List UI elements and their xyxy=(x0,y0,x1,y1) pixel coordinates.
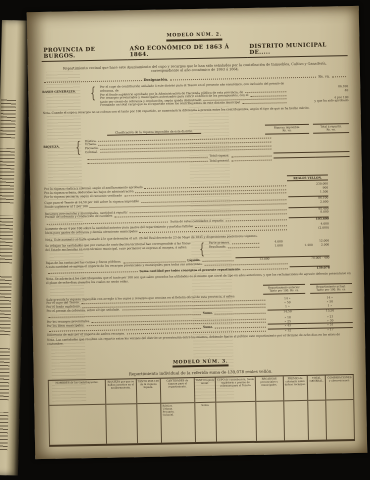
table-cell xyxy=(49,405,106,445)
comparacion-col2: Repartimiento actual. Tanto por 100. Rs.… xyxy=(310,283,352,293)
riqueza-item: Colonial. xyxy=(85,150,98,154)
clasificacion-title: Clasificación de la riqueza imponible de… xyxy=(107,129,201,136)
bajas-paragraph: Se rebajan las cantidades que por cuotas… xyxy=(45,242,195,260)
table-header: RIQUEZA por que se hallan inscritos en e… xyxy=(106,379,136,405)
cmp-suma1-b: 15,50 xyxy=(307,308,352,313)
table-cell xyxy=(217,402,257,442)
adjacent-page-edge xyxy=(0,20,29,476)
col-unit: Rs. vn. xyxy=(314,128,348,132)
table-cell xyxy=(137,403,161,442)
cmp-suma1-a: 14,50 xyxy=(268,309,308,314)
table-header: TANTO líquido anual. xyxy=(195,377,216,402)
importe-label: Por la riqueza pecuaria, según el recuen… xyxy=(44,194,122,199)
table-cell: Rústica. Urbana. Pecuaria. Colonial. xyxy=(161,403,194,443)
rule-right xyxy=(332,76,346,77)
bajas-pair-b: 2.000 xyxy=(313,243,330,247)
importe-value: 8.000 xyxy=(289,211,329,215)
opening-brace: { xyxy=(75,140,81,166)
liquido-right-a: 78.000 xyxy=(311,256,321,260)
rule-mid xyxy=(170,77,316,81)
bajas-mini-value: 1.000 xyxy=(261,244,283,248)
table-cell xyxy=(327,400,354,440)
adjacent-page-text xyxy=(0,148,15,203)
gasto-label: Ídem para gastos de cobranza y demás ate… xyxy=(45,230,138,235)
top-header-row: PROVINCIA DE BURGOS. AÑO ECONÓMICO DE 18… xyxy=(41,42,347,62)
suma-total-label: Suma cantidad por todos conceptos el pre… xyxy=(139,268,241,274)
cmp-label: Por los ídem municipales. xyxy=(47,324,85,328)
scanned-document: MODELO NÚM. 2. PROVINCIA DE BURGOS. AÑO … xyxy=(0,0,370,480)
opening-brace: { xyxy=(199,242,205,257)
riqueza-label: RIQUEZA. xyxy=(43,140,73,166)
modelo2-header: MODELO NÚM. 2. xyxy=(41,18,347,43)
importe-label: Premio de cobranza y conducción de cauda… xyxy=(45,215,113,220)
cmp-suma2-label: Suma. xyxy=(203,326,213,330)
col-sub: Tanto por 100. Rs. cs. xyxy=(264,289,304,293)
table-header: PREMIO de cobranza sobre dichos recargos… xyxy=(283,376,307,401)
liquido-value: 13.000 xyxy=(235,257,269,262)
adjacent-page-text xyxy=(0,98,16,138)
anio-economico-label: AÑO ECONÓMICO DE 1863 Á 1864. xyxy=(128,44,248,60)
designacion-label: Designación. xyxy=(144,77,169,82)
table-header: TANTO POR 100 de la riqueza líquida. xyxy=(137,378,161,403)
form-page: MODELO NÚM. 2. PROVINCIA DE BURGOS. AÑO … xyxy=(27,6,368,459)
adjacent-page-text xyxy=(0,215,13,263)
table-cell xyxy=(256,401,283,441)
col-riqueza-imponible: Riqueza imponible. Rs. vn. xyxy=(265,124,309,134)
importe-value: 2.000 xyxy=(288,200,328,204)
provincia-label: PROVINCIA DE BURGOS. xyxy=(41,46,127,62)
table-header: CUPO de contribución, fondo supletorio y… xyxy=(216,377,255,403)
table-cell: Suma. xyxy=(195,402,216,441)
tabla-suma-label: Suma. xyxy=(201,404,209,407)
adjacent-page-text xyxy=(0,275,12,335)
distrito-municipal-label: DISTRITO MUNICIPAL DE..... xyxy=(247,42,347,58)
bases-section: BASES GENERALES. { Por el cupo de contri… xyxy=(42,81,348,109)
adjacent-page-text xyxy=(0,348,10,400)
suma-repartir-value: 103.400 xyxy=(289,216,329,221)
bases-value: y que ha sido aprobado xyxy=(288,99,348,104)
liquido-right-b: 400 xyxy=(324,256,330,260)
table-cell xyxy=(106,404,136,444)
importe-value: 1.500 xyxy=(288,190,328,194)
gasto-value: (2.000) xyxy=(289,226,329,230)
comparacion-col1: Repartimiento anterior. Tanto por 100. R… xyxy=(263,284,305,294)
unit-label: Rs. vn. xyxy=(318,74,330,79)
rule-left xyxy=(44,80,142,83)
modelo3-header: MODELO NÚM. 3. xyxy=(47,345,353,370)
modelo2-title: MODELO NÚM. 2. xyxy=(167,32,222,41)
reales-vellon-header: REALES VELLON. xyxy=(287,175,328,182)
bajas-mini-total: 1.400 xyxy=(283,240,313,256)
riqueza-section: RIQUEZA. { Rústica. Urbana. Pecuaria. Co… xyxy=(43,135,349,167)
adjacent-page-text xyxy=(0,412,8,450)
table-header: COMPARACIONES y observaciones. xyxy=(326,375,353,401)
col-total-repartir: Total á repartir. Rs. vn. xyxy=(313,123,349,133)
total-general-label: Total general. xyxy=(209,159,229,163)
reparto-individual-table: NOMBRES de los contribuyentes. RIQUEZA p… xyxy=(48,374,355,447)
table-header: CANTIDADES de riqueza para el repartimie… xyxy=(161,378,194,404)
importes-section: REALES VELLON. Por la riqueza rústica y … xyxy=(44,163,351,235)
suma-total-value: 139.078 xyxy=(290,265,330,270)
col-unit: Rs. vn. xyxy=(266,129,308,133)
table-header: RECARGOS provinciales y municipales. xyxy=(256,376,283,402)
table-cell xyxy=(308,400,326,439)
cmp-suma1-label: Suma. xyxy=(203,312,213,316)
intro-paragraph: Repartimiento vecinal que hace este Ayun… xyxy=(60,61,330,75)
table-header: NOMBRES de los contribuyentes. xyxy=(49,380,106,406)
importe-label: Fondo supletorio al 1 por 100 xyxy=(44,205,87,209)
table-header: TOTAL GENERAL. xyxy=(308,375,326,400)
tabla-item: Colonial. xyxy=(163,414,194,418)
bases-label: BASES GENERALES. xyxy=(42,86,88,109)
opening-brace: { xyxy=(90,86,96,108)
table-cell xyxy=(284,401,308,440)
col-sub: Tanto por 100. Rs. cs. xyxy=(311,288,351,292)
suma-repartir-label: Suma de estas cantidades á repartir. xyxy=(170,219,224,224)
bajas-mini-label: Resultando. xyxy=(209,245,226,249)
modelo3-title: MODELO NÚM. 3. xyxy=(173,359,228,368)
